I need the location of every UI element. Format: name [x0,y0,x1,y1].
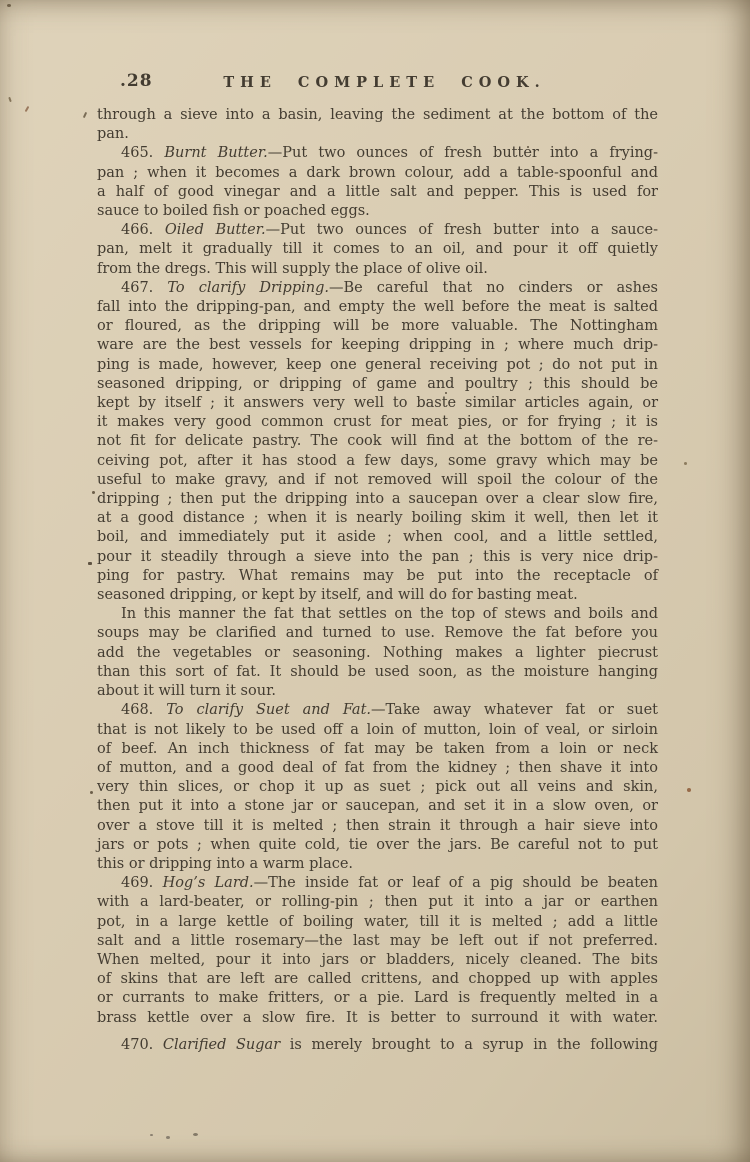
text-line: ping for pastry. What remains may be put… [97,567,658,586]
text-line: brass kettle over a slow fire. It is bet… [97,1009,658,1028]
scan-speck [150,1134,153,1136]
text-line: In this manner the fat that settles on t… [97,605,658,624]
text-line: that is not likely to be used off a loin… [97,721,658,740]
scan-speck [193,1133,198,1136]
text-line: a half of good vinegar and a little salt… [97,183,658,202]
text-line: seasoned dripping, or kept by itself, an… [97,586,658,605]
scan-speck [88,562,92,565]
text-line: or floured, as the dripping will be more… [97,317,658,336]
text-line: over a stove till it is melted ; then st… [97,817,658,836]
text-line: ceiving pot, after it has stood a few da… [97,452,658,471]
text-line: through a sieve into a basin, leaving th… [97,106,658,125]
text-line: of skins that are left are called critte… [97,970,658,989]
paragraph: 470. Clarified Sugar is merely brought t… [97,1036,658,1055]
paragraph: In this manner the fat that settles on t… [97,605,658,701]
text-line: 468. To clarify Suet and Fat.—Take away … [97,701,658,720]
paragraph: 467. To clarify Dripping.—Be careful tha… [97,279,658,605]
paragraph: 465. Burnt Butter.—Put two ounces of fre… [97,144,658,221]
text-line: fall into the dripping-pan, and empty th… [97,298,658,317]
scan-speck [25,106,30,112]
text-line: 466. Oiled Butter.—Put two ounces of fre… [97,221,658,240]
page-body: through a sieve into a basin, leaving th… [97,106,658,1055]
text-line: 469. Hog’s Lard.—The inside fat or leaf … [97,874,658,893]
paragraph: 466. Oiled Butter.—Put two ounces of fre… [97,221,658,279]
text-line: of mutton, and a good deal of fat from t… [97,759,658,778]
text-line: When melted, pour it into jars or bladde… [97,951,658,970]
text-line: useful to make gravy, and if not removed… [97,471,658,490]
text-line: 465. Burnt Butter.—Put two ounces of fre… [97,144,658,163]
paragraph: 469. Hog’s Lard.—The inside fat or leaf … [97,874,658,1028]
text-line: seasoned dripping, or dripping of game a… [97,375,658,394]
text-line: it makes very good common crust for meat… [97,413,658,432]
scan-speck [90,791,93,794]
text-line: pour it steadily through a sieve into th… [97,548,658,567]
text-line: ping is made, however, keep one general … [97,356,658,375]
text-line: than this sort of fat. It should be used… [97,663,658,682]
text-line: pot, in a large kettle of boiling water,… [97,913,658,932]
text-line: boil, and immediately put it aside ; whe… [97,528,658,547]
text-line: ware are the best vessels for keeping dr… [97,336,658,355]
scan-speck [687,788,691,792]
text-line: about it will turn it sour. [97,682,658,701]
text-line: from the dregs. This will supply the pla… [97,260,658,279]
text-line: then put it into a stone jar or saucepan… [97,797,658,816]
text-line: 467. To clarify Dripping.—Be careful tha… [97,279,658,298]
text-line: sauce to boiled fish or poached eggs. [97,202,658,221]
text-line: with a lard-beater, or rolling-pin ; the… [97,893,658,912]
text-line: not fit for delicate pastry. The cook wi… [97,432,658,451]
text-line: dripping ; then put the dripping into a … [97,490,658,509]
text-line: very thin slices, or chop it up as suet … [97,778,658,797]
scan-speck [8,97,12,102]
text-line: this or dripping into a warm place. [97,855,658,874]
text-line: 470. Clarified Sugar is merely brought t… [97,1036,658,1055]
text-line: jars or pots ; when quite cold, tie over… [97,836,658,855]
running-title: THE COMPLETE COOK. [97,74,672,91]
text-line: add the vegetables or seasoning. Nothing… [97,644,658,663]
text-line: or currants to make fritters, or a pie. … [97,989,658,1008]
scan-speck [83,112,87,118]
text-line: of beef. An inch thickness of fat may be… [97,740,658,759]
text-line: kept by itself ; it answers very well to… [97,394,658,413]
text-line: salt and a little rosemary—the last may … [97,932,658,951]
text-line: at a good distance ; when it is nearly b… [97,509,658,528]
scan-speck [684,462,687,465]
text-line: pan. [97,125,658,144]
book-page: .28 THE COMPLETE COOK. through a sieve i… [0,0,750,1162]
text-line: pan, melt it gradually till it comes to … [97,240,658,259]
paragraph: through a sieve into a basin, leaving th… [97,106,658,144]
scan-speck [166,1136,170,1139]
scan-speck [92,491,95,494]
text-line: pan ; when it becomes a dark brown colou… [97,164,658,183]
scan-speck [7,4,11,7]
paragraph: 468. To clarify Suet and Fat.—Take away … [97,701,658,874]
text-line: soups may be clarified and turned to use… [97,624,658,643]
